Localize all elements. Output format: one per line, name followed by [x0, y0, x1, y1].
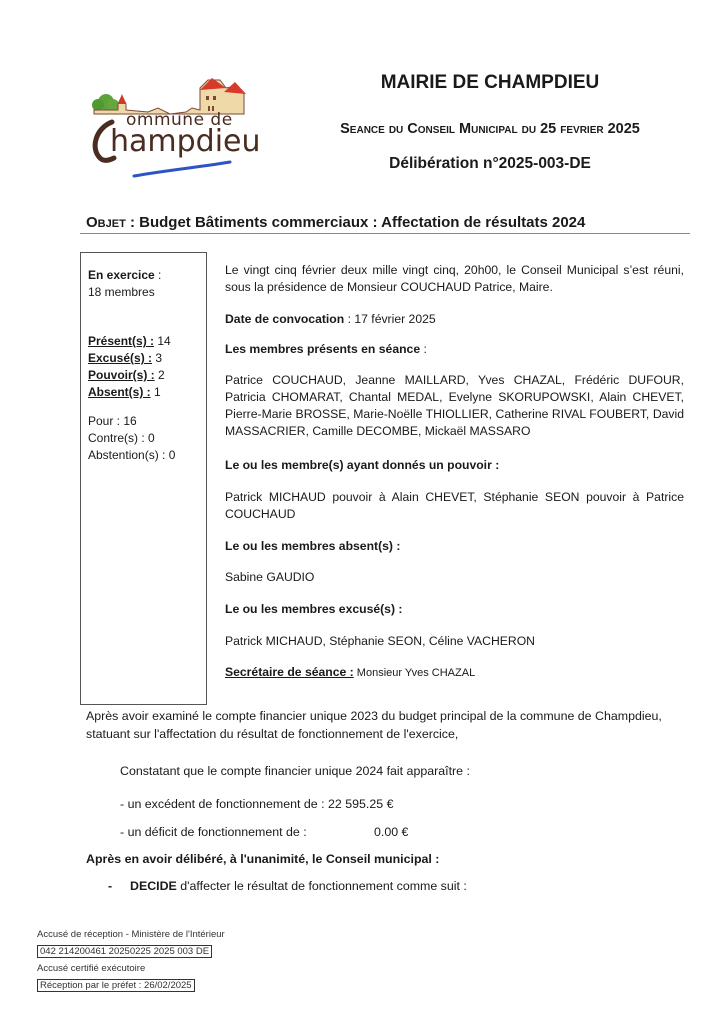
absent-count: Absent(s) : 1 — [88, 384, 171, 401]
pouvoir-heading: Le ou les membre(s) ayant donnés un pouv… — [225, 457, 684, 474]
vote-counts: Pour : 16 Contre(s) : 0 Abstention(s) : … — [88, 413, 175, 464]
excedent-label: - un excédent de fonctionnement de : — [120, 797, 328, 811]
presents-label: Les membres présents en séance — [225, 342, 420, 356]
deficit-label: - un déficit de fonctionnement de : — [120, 825, 307, 839]
secretaire-value: Monsieur Yves CHAZAL — [354, 667, 475, 679]
vote-contre: Contre(s) : 0 — [88, 430, 175, 447]
excedent-line: - un excédent de fonctionnement de : 22 … — [120, 797, 394, 811]
objet-label: Objet : — [86, 214, 135, 231]
constatant-line: Constatant que le compte financier uniqu… — [120, 764, 470, 778]
excedent-value: 22 595.25 € — [328, 797, 393, 811]
decide-bullet: - — [108, 879, 112, 893]
vote-pour: Pour : 16 — [88, 413, 175, 430]
session-intro: Le vingt cinq février deux mille vingt c… — [225, 262, 684, 296]
en-exercice: En exercice : 18 membres — [88, 267, 161, 301]
stamp-ministere: Accusé de réception - Ministère de l'Int… — [37, 929, 225, 940]
logo-text-champdieu: hampdieu — [110, 124, 261, 159]
presence-counts: Présent(s) : 14 Excusé(s) : 3 Pouvoir(s)… — [88, 333, 171, 401]
present-value: 14 — [154, 334, 171, 348]
present-label: Présent(s) : — [88, 334, 154, 348]
excuse-label: Excusé(s) : — [88, 351, 152, 365]
presents-sep: : — [420, 342, 427, 356]
decide-text-wrap: DECIDE d'affecter le résultat de fonctio… — [130, 879, 467, 893]
convocation-label: Date de convocation — [225, 312, 344, 326]
stamp-reception-value: Réception par le préfet : 26/02/2025 — [37, 979, 195, 992]
secretaire-label: Secrétaire de séance : — [225, 665, 354, 679]
page-title: MAIRIE DE CHAMPDIEU — [300, 72, 680, 94]
presents-heading: Les membres présents en séance : — [225, 341, 684, 358]
absent-heading: Le ou les membres absent(s) : — [225, 538, 684, 555]
deficit-value: 0.00 € — [374, 825, 408, 839]
pouvoir-count: Pouvoir(s) : 2 — [88, 367, 171, 384]
seance-subtitle: Seance du Conseil Municipal du 25 fevrie… — [300, 121, 680, 137]
decide-item: - DECIDE d'affecter le résultat de fonct… — [108, 879, 112, 893]
attendance-summary-box: En exercice : 18 membres Présent(s) : 14… — [80, 252, 207, 705]
deliberation-number: Délibération n°2025-003-DE — [300, 155, 680, 173]
decide-text: d'affecter le résultat de fonctionnement… — [177, 879, 467, 893]
stamp-certifie: Accusé certifié exécutoire — [37, 963, 145, 974]
pouvoir-value: 2 — [155, 368, 165, 382]
absent-value: 1 — [151, 385, 161, 399]
stamp-reception: Réception par le préfet : 26/02/2025 — [37, 979, 195, 992]
convocation-value: : 17 février 2025 — [344, 312, 435, 326]
pouvoir-label: Pouvoir(s) : — [88, 368, 155, 382]
deficit-line: - un déficit de fonctionnement de :0.00 … — [120, 825, 307, 839]
body-paragraph: Après avoir examiné le compte financier … — [86, 707, 686, 743]
excuse-value: 3 — [152, 351, 162, 365]
objet-text: Budget Bâtiments commerciaux : Affectati… — [135, 214, 585, 231]
excuse-list: Patrick MICHAUD, Stéphanie SEON, Céline … — [225, 633, 684, 650]
present-count: Présent(s) : 14 — [88, 333, 171, 350]
commune-logo: ommune de hampdieu — [88, 74, 264, 182]
en-exercice-label: En exercice — [88, 268, 155, 282]
en-exercice-value: 18 membres — [88, 285, 155, 299]
stamp-reference-value: 042 214200461 20250225 2025 003 DE — [37, 945, 212, 958]
excuse-count: Excusé(s) : 3 — [88, 350, 171, 367]
absent-label: Absent(s) : — [88, 385, 151, 399]
excuse-heading: Le ou les membres excusé(s) : — [225, 601, 684, 618]
secretaire-line: Secrétaire de séance : Monsieur Yves CHA… — [225, 664, 684, 682]
delibere-line: Après en avoir délibéré, à l'unanimité, … — [86, 850, 686, 868]
absent-list: Sabine GAUDIO — [225, 569, 684, 586]
header-separator — [80, 233, 690, 234]
en-exercice-sep: : — [155, 268, 162, 282]
vote-abstention: Abstention(s) : 0 — [88, 447, 175, 464]
decide-word: DECIDE — [130, 879, 177, 893]
convocation-date: Date de convocation : 17 février 2025 — [225, 311, 684, 328]
pouvoir-list: Patrick MICHAUD pouvoir à Alain CHEVET, … — [225, 489, 684, 523]
objet-line: Objet : Budget Bâtiments commerciaux : A… — [86, 214, 585, 231]
presents-list: Patrice COUCHAUD, Jeanne MAILLARD, Yves … — [225, 372, 684, 440]
stamp-reference: 042 214200461 20250225 2025 003 DE — [37, 945, 212, 958]
